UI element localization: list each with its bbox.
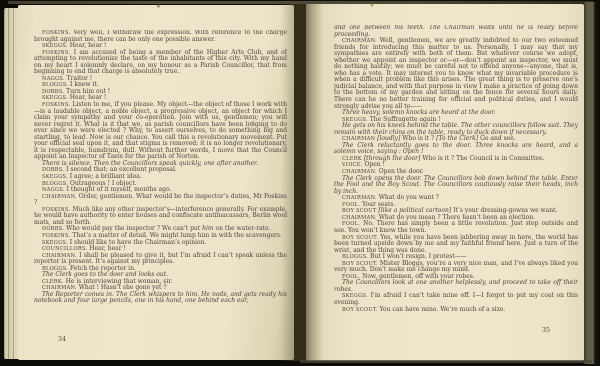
speaker-name: NAGGS. xyxy=(42,187,65,193)
left-page: FOSKINS. Very well, I withdraw the expre… xyxy=(18,5,294,360)
left-page-number: 34 xyxy=(58,336,66,343)
speaker-name: NAGGS. xyxy=(42,76,65,82)
speaker-name: VOICE. xyxy=(342,162,363,168)
italic-text: The Reporter comes in. The Clerk whisper… xyxy=(34,291,287,305)
speech-text: You can have mine. We’re much of a size. xyxy=(380,306,506,313)
speech-text: Much like any other inspector’s—interfer… xyxy=(34,206,287,226)
italic-text: The Clerk reluctantly goes to the door. … xyxy=(334,142,578,156)
speaker-name: SKEGGS. xyxy=(42,174,68,180)
speaker-name: CHAIRMAN. xyxy=(42,194,77,200)
speech-text: Well, gentlemen, we are greatly indebted… xyxy=(334,37,578,109)
italic-text: The Councillors look at one another help… xyxy=(334,279,578,293)
book-cover-bottom-edge xyxy=(300,360,592,363)
speaker-name: SKEGGS. xyxy=(42,95,68,101)
italic-text: The Clerk opens the door. The Councillor… xyxy=(334,175,578,195)
speech-text: No. There has simply been a little revol… xyxy=(334,220,578,234)
italic-text: He gets on his knees behind the table. T… xyxy=(334,122,578,136)
open-book-photo: FOSKINS. Very well, I withdraw the expre… xyxy=(0,0,600,366)
speaker-name: DOBBS. xyxy=(42,226,64,232)
speaker-name: DOBBS. xyxy=(42,167,64,173)
italic-text: and one between his teeth. The Chairman … xyxy=(334,25,578,38)
speech-text: I’m afraid I can’t take mine off. I—I fo… xyxy=(334,292,578,306)
speaker-name: CLERK. xyxy=(42,279,64,285)
speaker-name: SKEGGS. xyxy=(42,240,68,246)
right-page: and one between his teeth. The Chairman … xyxy=(306,4,584,361)
speaker-name: BOY SCOUT xyxy=(342,208,377,214)
speaker-name: BOY SCOUT. xyxy=(342,307,378,313)
stage-direction: The Clerk opens the door. The Councillor… xyxy=(334,176,578,196)
left-page-text: FOSKINS. Very well, I withdraw the expre… xyxy=(34,30,287,331)
book-cover-right-edge xyxy=(584,2,600,364)
speech-text: I am accused of being a member of the Hi… xyxy=(34,49,287,76)
right-page-text: and one between his teeth. The Chairman … xyxy=(334,25,578,326)
dialogue-line: BOY SCOUT. Yes, while you have been jabb… xyxy=(334,235,578,255)
right-page-number: 35 xyxy=(542,327,550,334)
dialogue-line: CHAIRMAN. Well, gentlemen, we are greatl… xyxy=(334,38,578,110)
speaker-name: BLOGGS. xyxy=(342,254,368,260)
speech-text: Who is it ? The Council is in Committee. xyxy=(420,155,544,162)
stage-direction: The Reporter comes in. The Clerk whisper… xyxy=(34,292,287,305)
page-fore-edges xyxy=(4,8,19,359)
dialogue-line: BOY SCOUT. You can have mine. We’re much… xyxy=(334,307,578,314)
speaker-name: SKEGGS. xyxy=(42,43,68,49)
speaker-name: FOOL. xyxy=(342,202,360,208)
speech-text: Very well, I withdraw the expression. Wi… xyxy=(34,30,287,43)
dialogue-line: FOSKINS. I am accused of being a member … xyxy=(34,50,287,76)
dialogue-line: FOSKINS. Listen to me, if you please. My… xyxy=(34,102,287,161)
speaker-name: FOSKINS. xyxy=(42,233,70,239)
dialogue-line: FOSKINS. Much like any other inspector’s… xyxy=(34,207,287,227)
